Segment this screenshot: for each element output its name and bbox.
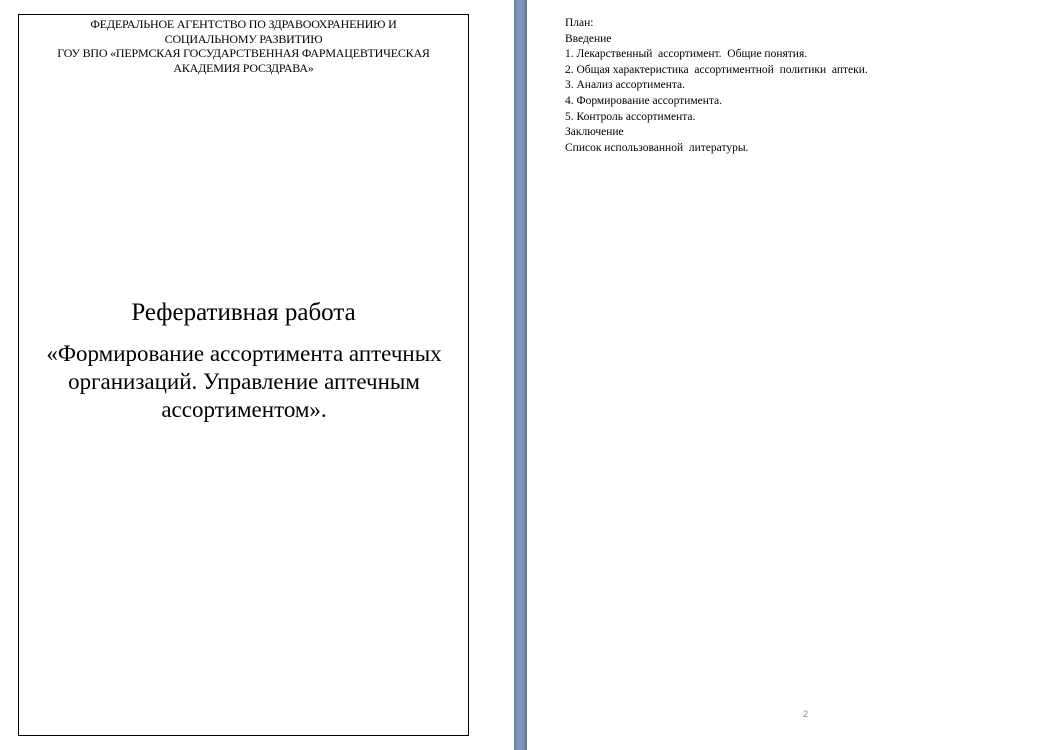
work-topic: «Формирование ассортимента аптечных орга…	[24, 340, 464, 424]
toc-item: Список использованной литературы.	[565, 141, 868, 157]
toc-item: Заключение	[565, 125, 868, 141]
toc-item: 2. Общая характеристика ассортиментной п…	[565, 63, 868, 79]
toc-item: 3. Анализ ассортимента.	[565, 78, 868, 94]
header-line: ГОУ ВПО «ПЕРМСКАЯ ГОСУДАРСТВЕННАЯ ФАРМАЦ…	[18, 46, 469, 61]
header-line: СОЦИАЛЬНОМУ РАЗВИТИЮ	[18, 32, 469, 47]
contents-page: План: Введение 1. Лекарственный ассортим…	[527, 0, 1054, 750]
table-of-contents: План: Введение 1. Лекарственный ассортим…	[565, 16, 868, 156]
page-separator	[514, 0, 527, 750]
title-page: ФЕДЕРАЛЬНОЕ АГЕНТСТВО ПО ЗДРАВООХРАНЕНИЮ…	[0, 0, 514, 750]
toc-item: Введение	[565, 32, 868, 48]
header-line: ФЕДЕРАЛЬНОЕ АГЕНТСТВО ПО ЗДРАВООХРАНЕНИЮ…	[18, 17, 469, 32]
work-type-title: Реферативная работа	[18, 298, 469, 328]
organization-header: ФЕДЕРАЛЬНОЕ АГЕНТСТВО ПО ЗДРАВООХРАНЕНИЮ…	[18, 17, 469, 75]
page-number: 2	[803, 709, 808, 719]
toc-item: 4. Формирование ассортимента.	[565, 94, 868, 110]
toc-item: 1. Лекарственный ассортимент. Общие поня…	[565, 47, 868, 63]
header-line: АКАДЕМИЯ РОСЗДРАВА»	[18, 61, 469, 76]
toc-heading: План:	[565, 16, 868, 32]
toc-item: 5. Контроль ассортимента.	[565, 110, 868, 126]
